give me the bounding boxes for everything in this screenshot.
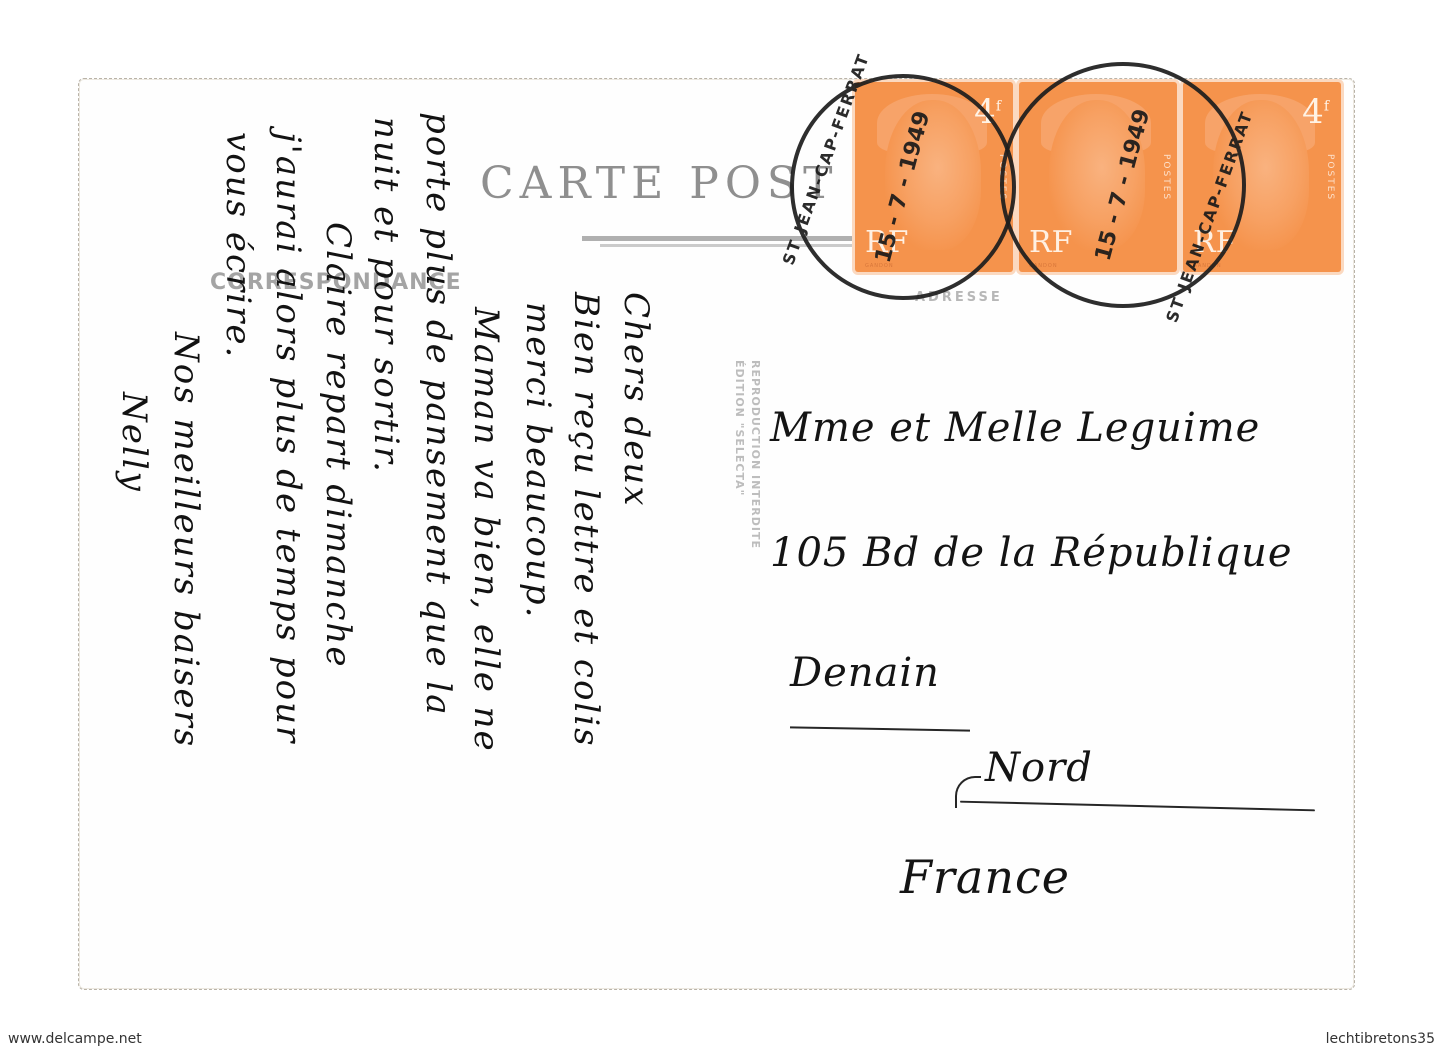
message-column: j'aurai alors plus de temps pour xyxy=(268,132,308,744)
stamp-value: 4f xyxy=(1302,92,1329,132)
message-column: Nos meilleurs baisers xyxy=(166,332,206,748)
address-country: France xyxy=(900,850,1070,904)
address-city: Denain xyxy=(790,650,940,696)
message-column: Bien reçu lettre et colis xyxy=(566,292,606,748)
message-column: porte plus de pansement que la xyxy=(418,112,458,717)
stamp-label: POSTES xyxy=(1325,154,1335,201)
seller-watermark: lechtibretons35 xyxy=(1326,1031,1435,1047)
message-column: vous écrire. xyxy=(218,132,258,359)
postmark-date: 15 - 7 - 1949 xyxy=(871,108,936,265)
publisher-imprint: ÉDITION "SELECTA" REPRODUCTION INTERDITE xyxy=(700,360,760,640)
message-column: Claire repart dimanche xyxy=(318,222,358,668)
message-column: nuit et pour sortir. xyxy=(366,117,406,474)
postmark-cancellation: ST JEAN-CAP-FERRAT 15 - 7 - 1949 xyxy=(1000,62,1246,308)
postmark-cancellation: ST JEAN-CAP-FERRAT 15 - 7 - 1949 xyxy=(790,74,1016,300)
publisher-line-1: ÉDITION "SELECTA" xyxy=(733,360,746,496)
message-column: Nelly xyxy=(114,392,154,493)
site-watermark: www.delcampe.net xyxy=(8,1031,142,1047)
publisher-line-2: REPRODUCTION INTERDITE xyxy=(749,360,762,549)
message-column: Maman va bien, elle ne xyxy=(466,307,506,753)
address-street: 105 Bd de la République xyxy=(770,530,1293,576)
address-recipient: Mme et Melle Leguime xyxy=(770,405,1260,451)
message-column: Chers deux xyxy=(616,292,656,508)
handwritten-message: Chers deuxBien reçu lettre et colismerci… xyxy=(96,92,636,982)
message-column: merci beaucoup. xyxy=(518,302,558,619)
postmark-date: 15 - 7 - 1949 xyxy=(1091,106,1156,263)
address-department: Nord xyxy=(985,745,1093,791)
